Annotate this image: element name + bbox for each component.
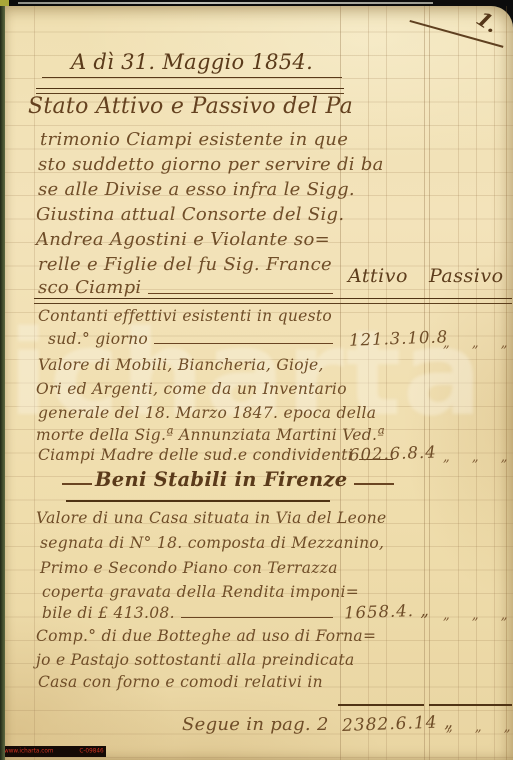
passivo-ditto-marks: „ „ „	[443, 608, 513, 623]
section-rule	[66, 500, 330, 502]
entry-line-text: bile di £ 413.08.	[42, 604, 175, 622]
entry-line: sud.° giorno	[48, 330, 336, 348]
table-top-double-rule	[34, 298, 512, 304]
entry-line: bile di £ 413.08.	[42, 604, 336, 622]
entry-line: Primo e Secondo Piano con Terrazza	[40, 559, 338, 577]
entry-line: generale del 18. Marzo 1847. epoca della	[38, 404, 376, 422]
manuscript-line: trimonio Ciampi esistente in que	[40, 129, 348, 150]
carry-forward-attivo-total: 2382.6.14 „	[342, 712, 454, 736]
date-header: A dì 31. Maggio 1854.	[42, 50, 342, 78]
archive-strip-url: www.icharta.com	[4, 749, 54, 755]
column-divider-line	[424, 6, 425, 760]
attivo-sum-rule	[338, 704, 424, 706]
passivo-column-header: Passivo	[429, 265, 504, 287]
section-heading: Beni Stabili in Firenze	[95, 468, 348, 491]
passivo-ditto-marks: „ „ „	[443, 336, 513, 351]
sub-column-line	[458, 6, 459, 760]
manuscript-line: sto suddetto giorno per servire di ba	[38, 154, 384, 175]
entry-line: Valore di Mobili, Biancheria, Gioje,	[38, 356, 324, 374]
entry-line: Comp.° di due Botteghe ad uso di Forna=	[36, 627, 376, 645]
attivo-column-header: Attivo	[348, 265, 408, 287]
margin-line	[34, 6, 35, 760]
attivo-amount: 602.6.8.4	[349, 442, 437, 464]
sub-column-line	[368, 6, 369, 760]
manuscript-line: Stato Attivo e Passivo del Pa	[28, 94, 353, 119]
carry-forward-passivo-ditto: „ „ „	[446, 720, 513, 735]
section-heading-row: Beni Stabili in Firenze	[56, 468, 332, 491]
sub-column-line	[494, 6, 495, 760]
filler-rule	[154, 343, 333, 344]
filler-rule	[181, 617, 333, 618]
carry-forward-row: Segue in pag. 2	[182, 714, 336, 735]
attivo-amount: 121.3.10.8	[349, 327, 449, 349]
sub-column-line	[386, 6, 387, 760]
entry-line: morte della Sig.ª Annunziata Martini Ved…	[36, 426, 385, 444]
page-edge-line	[506, 6, 507, 760]
adjacent-page-edge	[18, 2, 433, 4]
manuscript-line: sco Ciampi	[38, 277, 336, 298]
passivo-column-line	[429, 6, 430, 760]
entry-line: Contanti effettivi esistenti in questo	[38, 307, 332, 325]
manuscript-line: Andrea Agostini e Violante so=	[36, 229, 330, 250]
manuscript-line: relle e Figlie del fu Sig. France	[38, 254, 332, 275]
sub-column-line	[476, 6, 477, 760]
manuscript-photo: icharta A dì 31. Maggio 1854. Stato Atti…	[0, 0, 513, 760]
manuscript-line-text: sco Ciampi	[38, 277, 142, 298]
entry-line: segnata di N° 18. composta di Mezzanino,	[40, 534, 384, 552]
passivo-sum-rule	[429, 704, 512, 706]
archive-strip: www.icharta.com C-09846	[2, 746, 106, 757]
entry-line: Valore di una Casa situata in Via del Le…	[36, 509, 386, 527]
archive-strip-code: C-09846	[80, 749, 104, 755]
ledger-page: icharta A dì 31. Maggio 1854. Stato Atti…	[0, 6, 513, 760]
entry-line: jo e Pastajo sottostanti alla preindicat…	[36, 651, 355, 669]
entry-line: Casa con forno e comodi relativi in	[38, 673, 323, 691]
passivo-ditto-marks: „ „ „	[443, 450, 513, 465]
manuscript-line: Giustina attual Consorte del Sig.	[36, 204, 344, 225]
book-binding-edge	[0, 6, 5, 760]
entry-line: coperta gravata della Rendita imponi=	[42, 583, 359, 601]
entry-line-text: sud.° giorno	[48, 330, 148, 348]
carry-forward-label: Segue in pag. 2	[182, 714, 329, 735]
manuscript-line: se alle Divise a esso infra le Sigg.	[38, 179, 355, 200]
filler-rule	[62, 483, 92, 485]
entry-line: Ori ed Argenti, come da un Inventario	[36, 380, 347, 398]
filler-rule	[354, 483, 394, 485]
entry-line-text: Ciampi Madre delle sud.e condividenti	[38, 446, 353, 464]
filler-rule	[148, 293, 334, 294]
entry-line: Ciampi Madre delle sud.e condividenti	[38, 446, 336, 464]
attivo-amount: 1658.4. „	[344, 601, 430, 623]
